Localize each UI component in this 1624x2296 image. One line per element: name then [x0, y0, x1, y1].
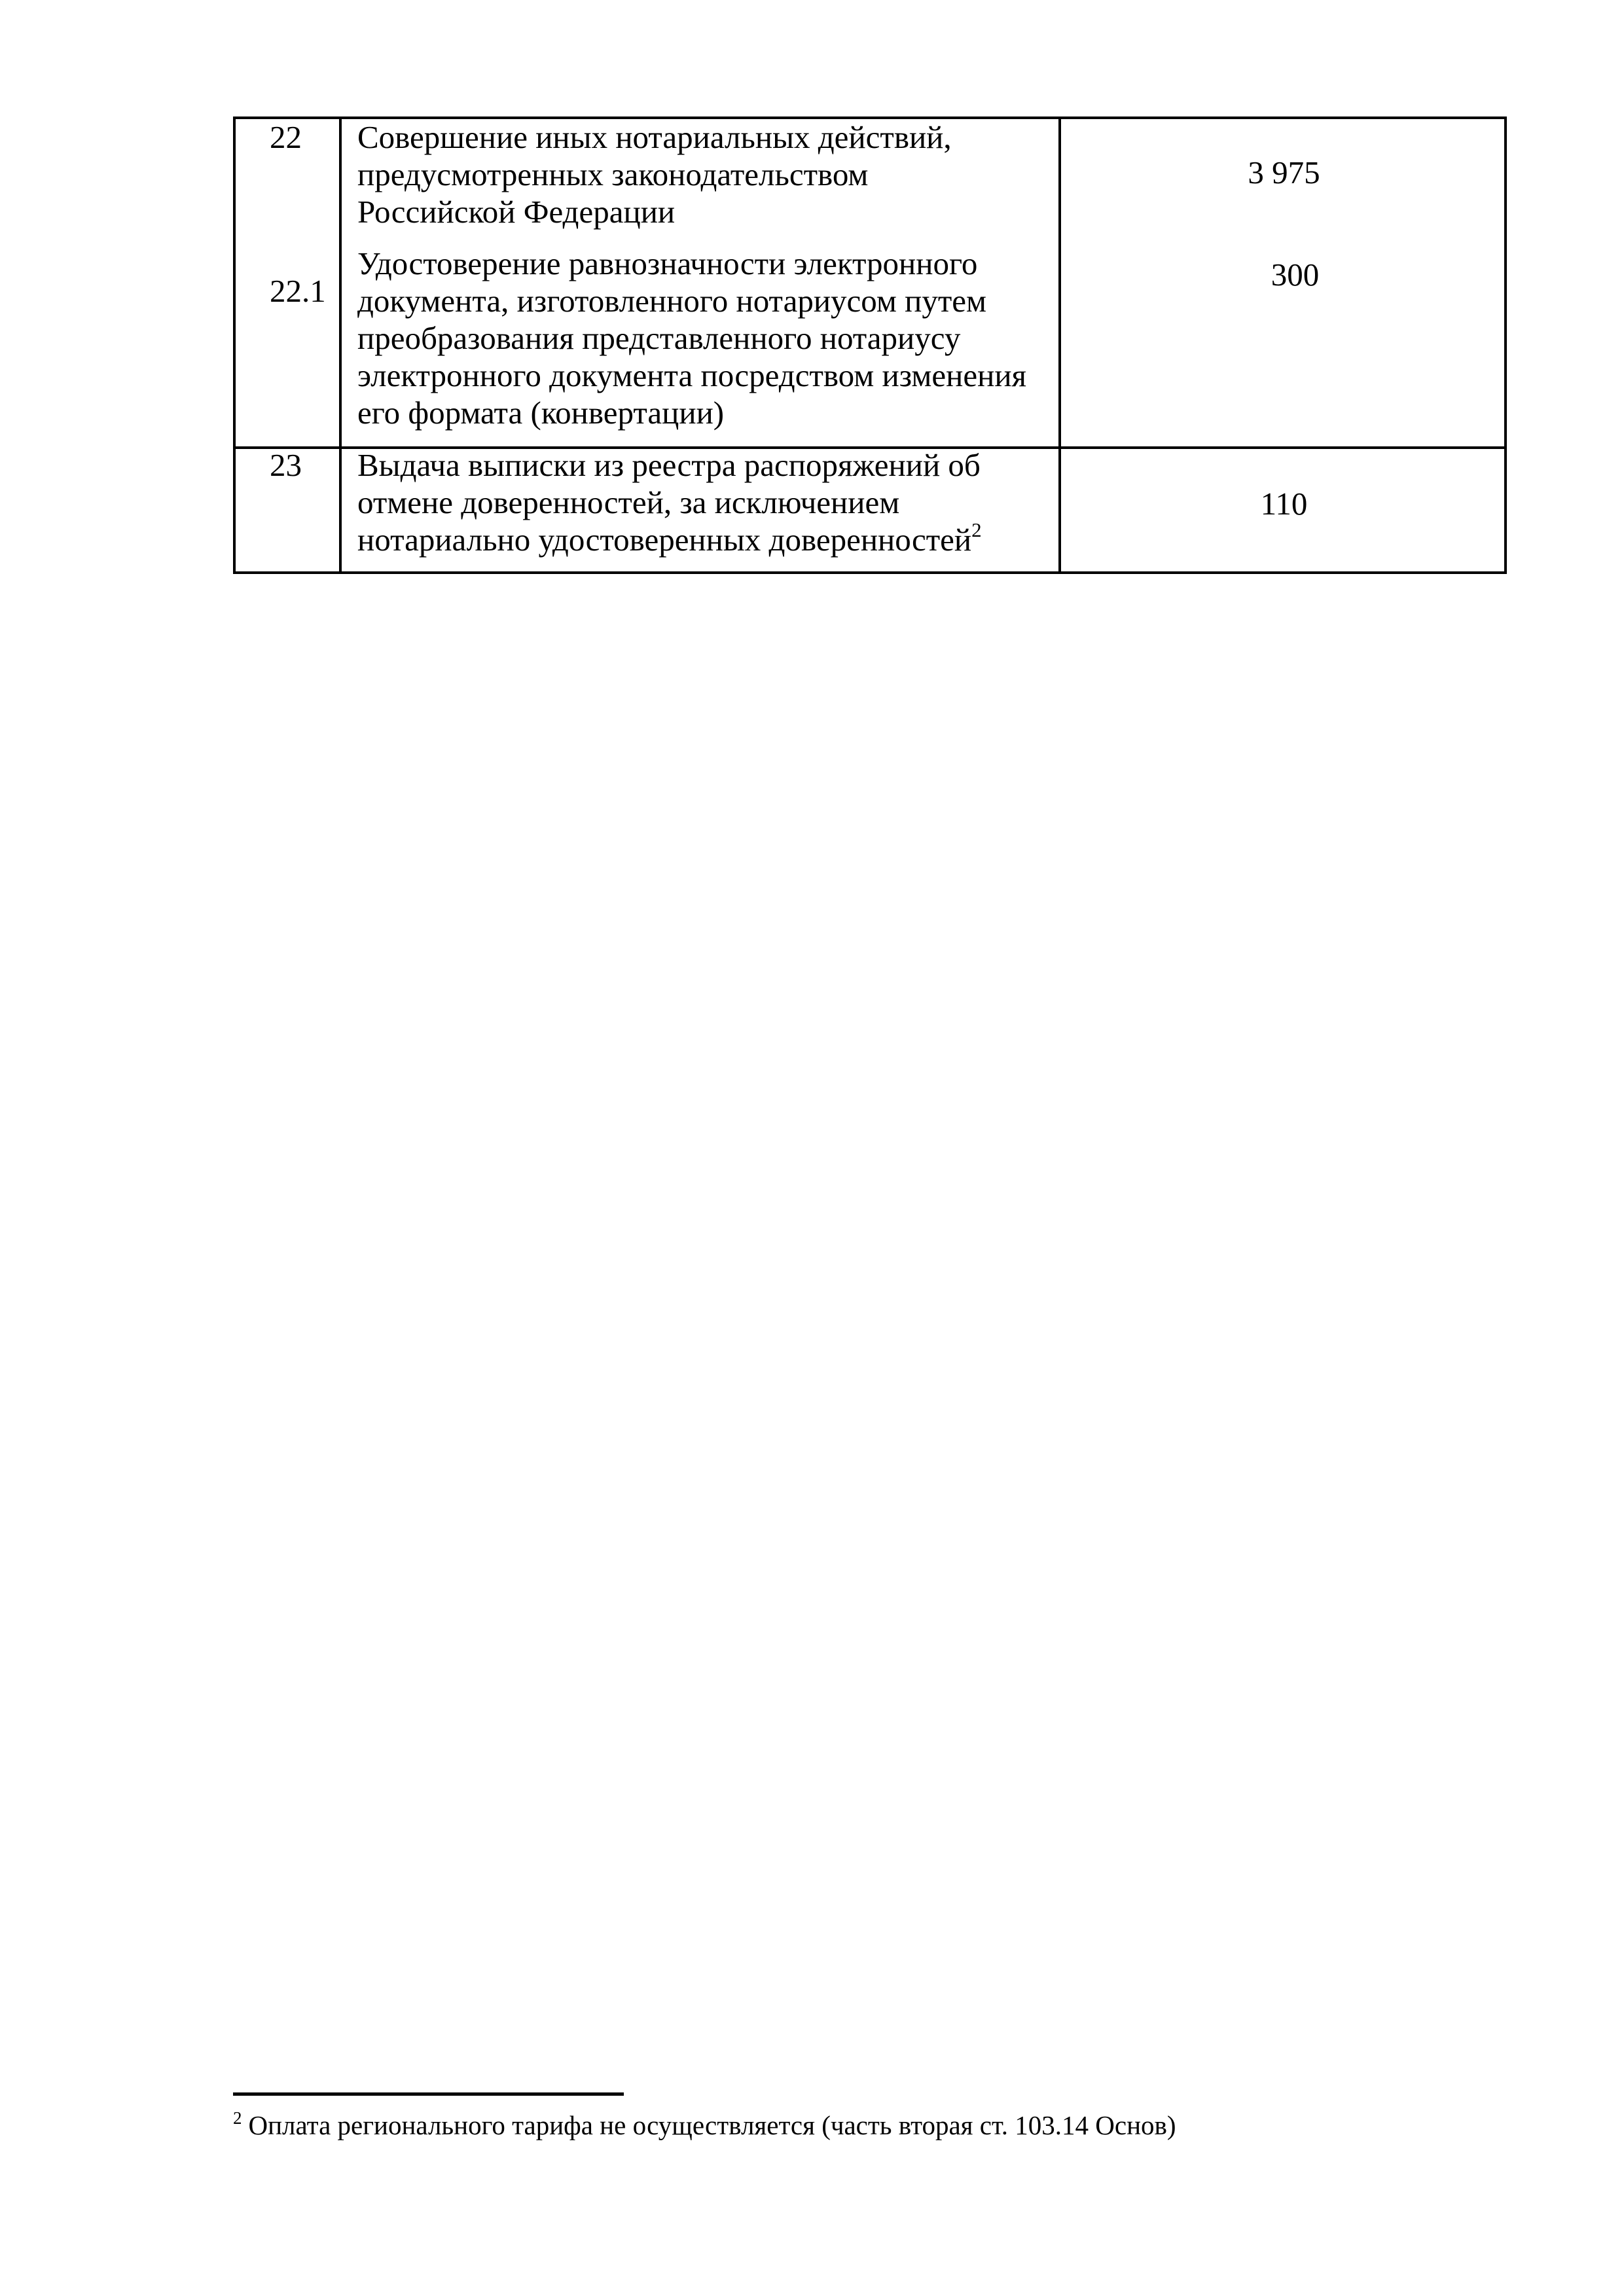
row-number: 22.1	[270, 272, 326, 310]
column-divider	[339, 119, 342, 571]
footnote-mark: 2	[233, 2108, 242, 2128]
row-number: 23	[270, 446, 302, 484]
description-line: предусмотренных законодательством	[357, 156, 952, 193]
footnote-reference[interactable]: 2	[971, 518, 982, 541]
description-line: Выдача выписки из реестра распоряжений о…	[357, 446, 982, 484]
description-line: его формата (конвертации)	[357, 394, 1026, 431]
row-description: Совершение иных нотариальных действий, п…	[357, 118, 952, 230]
footnote-separator	[233, 2092, 624, 2096]
description-line: преобразования представленного нотариусу	[357, 319, 1026, 357]
description-line: Удостоверение равнозначности электронног…	[357, 245, 1026, 282]
row-number: 22	[270, 118, 302, 156]
row-description: Выдача выписки из реестра распоряжений о…	[357, 446, 982, 558]
description-line: электронного документа посредством измен…	[357, 357, 1026, 394]
tariff-table: 22 Совершение иных нотариальных действий…	[233, 117, 1507, 574]
row-value: 300	[1061, 256, 1507, 293]
row-value: 110	[1061, 485, 1507, 522]
description-line: отмене доверенностей, за исключением	[357, 484, 982, 521]
description-line: нотариально удостоверенных доверенностей…	[357, 521, 982, 558]
description-line: Совершение иных нотариальных действий,	[357, 118, 952, 156]
description-line: Российской Федерации	[357, 193, 952, 230]
footnote-text: Оплата регионального тарифа не осуществл…	[249, 2110, 1176, 2140]
description-line: документа, изготовленного нотариусом пут…	[357, 282, 1026, 319]
footnote: 2Оплата регионального тарифа не осуществ…	[233, 2109, 1176, 2145]
description-text: нотариально удостоверенных доверенностей	[357, 522, 971, 558]
document-page: 22 Совершение иных нотариальных действий…	[0, 0, 1624, 2296]
row-description: Удостоверение равнозначности электронног…	[357, 245, 1026, 431]
row-value: 3 975	[1061, 154, 1507, 191]
